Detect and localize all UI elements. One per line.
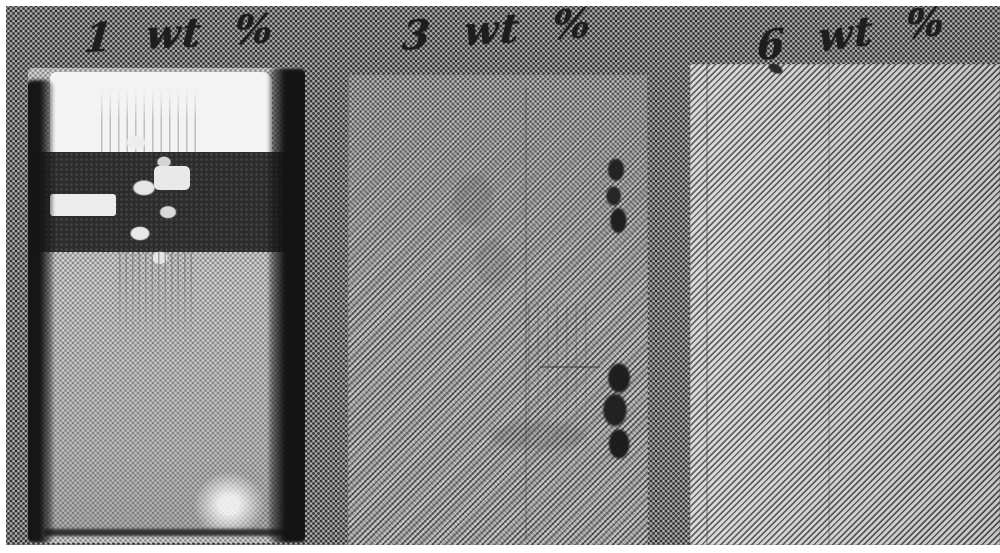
panel1-lower-drip-streaks [114, 252, 192, 348]
panel2-halftone-stripes [348, 74, 648, 545]
sample-label-1wt: 1 wt % [82, 9, 276, 59]
panel2-faint-marks [433, 154, 533, 309]
panel1-bottom-edge-line [44, 529, 292, 536]
sample-panel-6wt [690, 64, 1000, 545]
panel2-upper-dark-stain [601, 155, 631, 237]
sample-label-3wt: 3 wt % [401, 6, 594, 57]
panel2-smudge [490, 422, 585, 450]
sample-panel-1wt [28, 68, 305, 543]
sample-panel-3wt [348, 74, 648, 545]
panel3-right-crease-line [828, 64, 830, 545]
halftone-photo-background: 1 wt % 3 wt % 6 wt % [6, 6, 1000, 545]
panel2-drip-streaks [520, 304, 588, 489]
panel1-left-dark-edge [28, 80, 53, 543]
patent-figure: 1 wt % 3 wt % 6 wt % [0, 0, 1000, 553]
panel1-right-dark-edge [269, 68, 305, 543]
panel2-stain-tail-line [540, 366, 600, 368]
panel2-lower-dark-stain [596, 362, 638, 462]
panel3-left-crease-line [706, 64, 708, 545]
sample-label-6wt: 6 wt % [757, 6, 946, 67]
panel1-white-bar [50, 194, 116, 216]
panel3-tone-gradient [690, 64, 1000, 545]
panel1-white-patch [154, 166, 190, 190]
